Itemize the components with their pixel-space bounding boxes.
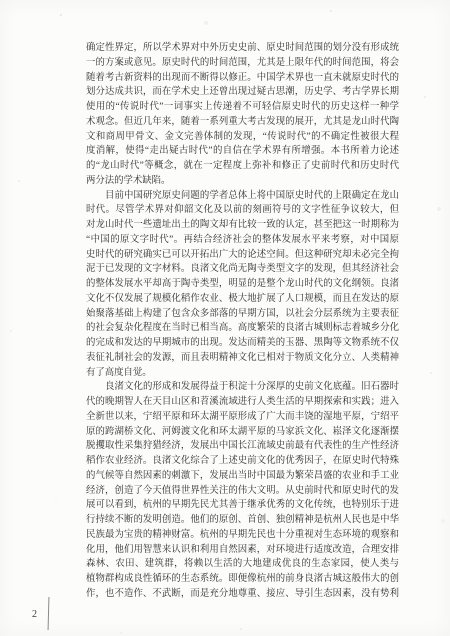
text-line: 全新世以来，宁绍平原和环太湖平原形成了广大而丰饶的湿地平原，宁绍平 [86,410,399,425]
text-line: 目前中国研究原史问题的学者总体上将中国原史时代的上限确定在龙山 [86,189,399,204]
text-line: 文化不仅发展了规模化稻作农业、极大地扩展了人口规模，而且在发达的原 [86,292,399,307]
text-line: 术观念。但近几年来，随着一系列重大考古发现的展开，尤其是龙山时代陶 [86,115,399,130]
text-line: 稻作农业经济。良渚文化综合了上述史前文化的优秀因子，在原史时代特殊 [86,454,399,469]
text-line: 化用，他们用智慧来认识和利用自然因素，对环境进行适度改造，合理安排 [86,543,399,558]
text-line: 泥于已发现的文字材料。良渚文化尚无陶寺类型文字的发现，但其经济社会 [86,262,399,277]
text-line: 有了高度自觉。 [86,366,399,381]
body-text: 确定性界定，所以学术界对中外历史史前、原史时间范围的划分没有形成统一的方案或意见… [86,41,399,602]
text-line: 代的晚期智人在天目山区和苕溪流域进行人类生活的早期探索和实践；进入 [86,395,399,410]
text-line: 的完成和发达的早期城市的出现。发达而精美的玉器、黑陶等文物系统不仅 [86,336,399,351]
text-line: 表征礼制社会的发源，而且表明精神文化已相对于物质文化分立、人类精神 [86,351,399,366]
text-line: 的社会复杂化程度在当时已相当高。高度繁荣的良渚古城则标志着城乡分化 [86,321,399,336]
text-line: 使用的“传说时代”一词事实上传递着不可轻信原史时代的历史这样一种学 [86,100,399,115]
text-line: “中国的原文字时代”。再结合经济社会的整体发展水平来考察，对中国原 [86,233,399,248]
text-line: 随着考古新资料的出现而不断得以修正。中国学术界也一直未就原史时代的 [86,71,399,86]
text-line: 良渚文化的形成和发展得益于积淀十分深厚的史前文化底蕴。旧石器时 [86,380,399,395]
text-line: 确定性界定，所以学术界对中外历史史前、原史时间范围的划分没有形成统 [86,41,399,56]
text-line: 始聚落基础上构建了包含众多部落的早期方国，以社会分层系统为主要表征 [86,307,399,322]
text-line: 脱攫取性采集狩猎经济，发展出中国长江流域史前最有代表性的生产性经济 [86,439,399,454]
text-line: 一的方案或意见。原史时代的时间范围，尤其是上限年代的时间范围，将会 [86,56,399,71]
text-line: 的“龙山时代”等概念，就在一定程度上弥补和修正了史前时代和历史时代 [86,159,399,174]
text-line: 民族最为宝贵的精神财富。杭州的早期先民也十分重视对生态环境的观察和 [86,528,399,543]
text-line: 植物群构成良性循环的生态系统。即便像杭州的前身良渚古城这般伟大的创 [86,572,399,587]
text-line: 森林、农田、建筑群，将赖以生活的大地建成优良的生态家园，使人类与 [86,557,399,572]
page-number: 2 [32,609,37,620]
text-line: 史时代的研究确实已可以开拓出广大的论述空间。但这种研究却未必完全拘 [86,248,399,263]
text-line: 的气候等自然因素的刺激下，发展出当时中国最为繁荣昌盛的农业和手工业 [86,469,399,484]
text-line: 展可以看到，杭州的早期先民尤其善于继承优秀的文化传统，也特别乐于进 [86,498,399,513]
text-line: 原的跨湖桥文化、河姆渡文化和环太湖平原的马家浜文化、崧泽文化逐渐摆 [86,425,399,440]
text-line: 对龙山时代一些遗址出土的陶文却有比较一致的认定，甚至把这一时期称为 [86,218,399,233]
text-line: 度消解，使得“走出疑古时代”的自信在学术界有所增强。本书所着力论述 [86,144,399,159]
text-line: 划分达成共识，而在学术史上还曾出现过疑古思潮，历史学、考古学界长期 [86,85,399,100]
text-line: 时代。尽管学术界对仰韶文化及以前的刻画符号的文字性征争议较大，但 [86,203,399,218]
text-line: 经济，创造了今天值得世界性关注的伟大文明。从史前时代和原史时代的发 [86,484,399,499]
text-line: 文和商周甲骨文、金文完善体制的发现，“传说时代”的不确定性被很大程 [86,130,399,145]
text-line: 两分法的学术缺陷。 [86,174,399,189]
scan-noise [0,0,2,2]
page-number-rule [48,597,50,630]
text-line: 的整体发展水平却高于陶寺类型，明显的是整个龙山时代的文化纲领。良渚 [86,277,399,292]
scanned-book-page: 确定性界定，所以学术界对中外历史史前、原史时间范围的划分没有形成统一的方案或意见… [0,0,450,636]
text-line: 行持续不断的发明创造。他们的原创、首创、独创精神是杭州人民也是中华 [86,513,399,528]
text-line: 作，也不造作、不武断，而是充分地尊重、接应、导引生态因素，没有势利 [86,587,399,602]
